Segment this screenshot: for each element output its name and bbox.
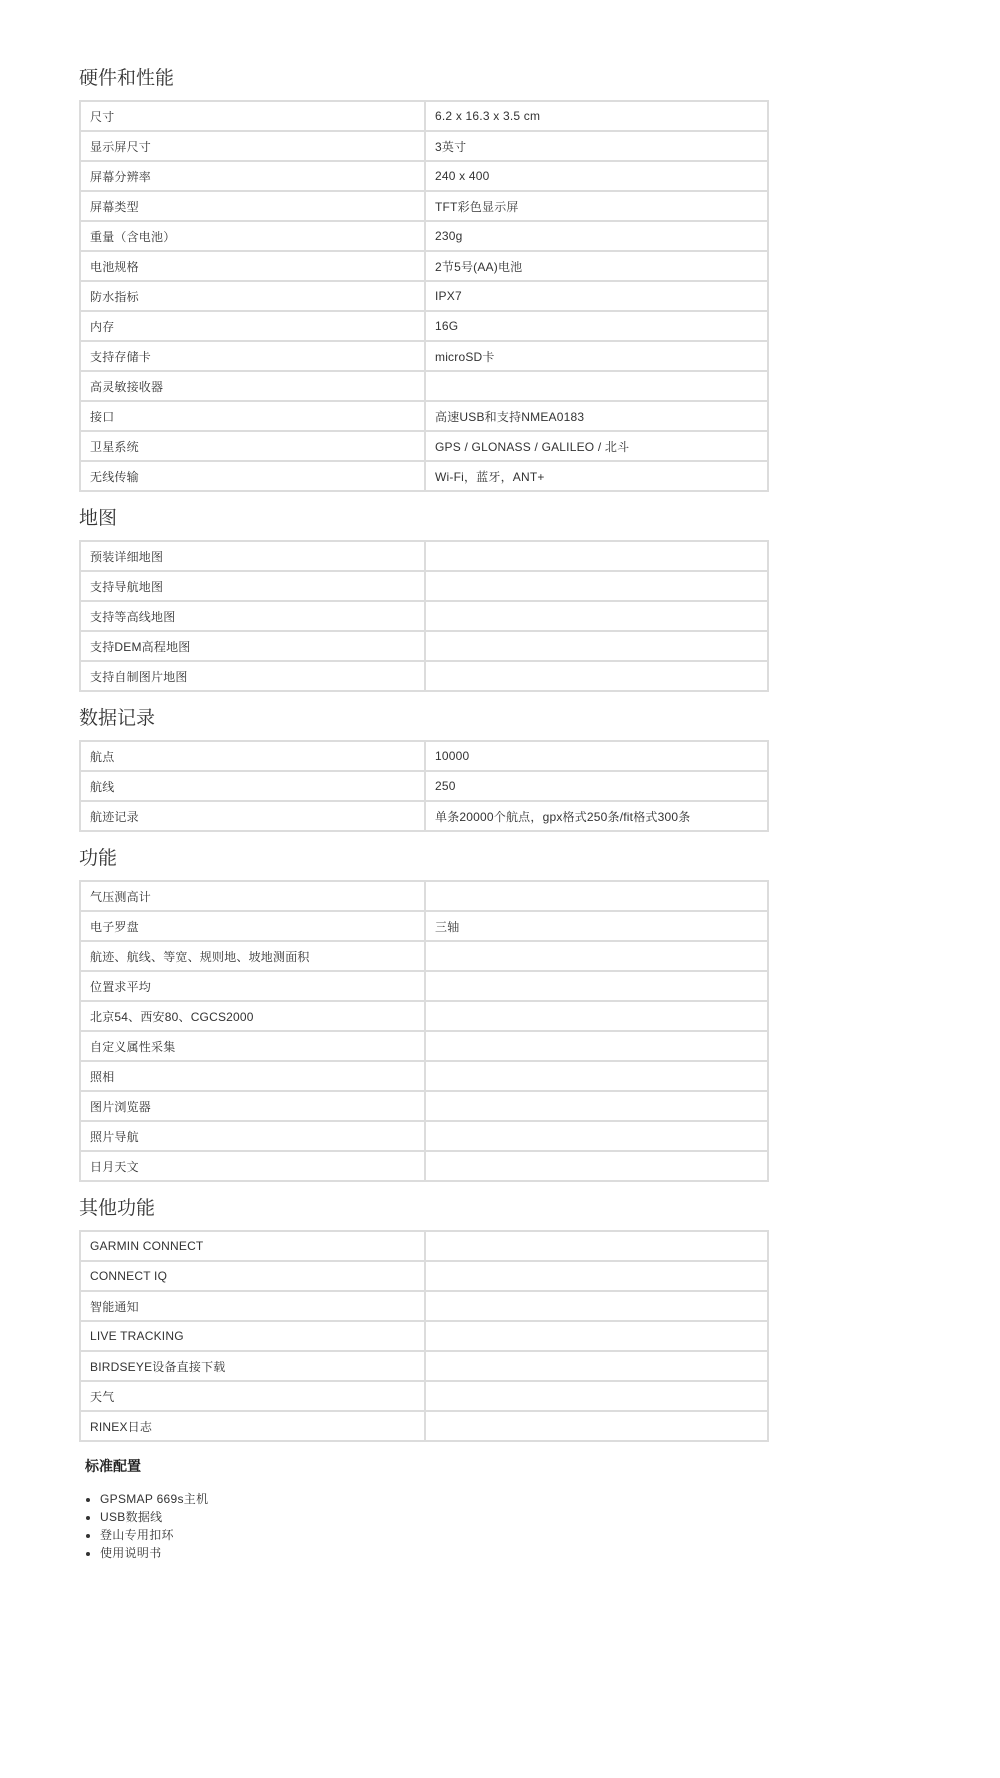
spec-value — [425, 941, 768, 971]
spec-value — [425, 1291, 768, 1321]
table-row: 预装详细地图 — [80, 541, 768, 571]
table-row: 自定义属性采集 — [80, 1031, 768, 1061]
spec-label: 自定义属性采集 — [80, 1031, 425, 1061]
table-row: GARMIN CONNECT — [80, 1231, 768, 1261]
section-hardware: 硬件和性能 尺寸6.2 x 16.3 x 3.5 cm 显示屏尺寸3英寸 屏幕分… — [79, 66, 769, 492]
config-title: 标准配置 — [85, 1456, 769, 1476]
spec-value: microSD卡 — [425, 341, 768, 371]
table-row: 电子罗盘三轴 — [80, 911, 768, 941]
spec-value: 2节5号(AA)电池 — [425, 251, 768, 281]
spec-label: 北京54、西安80、CGCS2000 — [80, 1001, 425, 1031]
spec-label: 高灵敏接收器 — [80, 371, 425, 401]
section-title: 功能 — [79, 846, 769, 872]
table-row: 照片导航 — [80, 1121, 768, 1151]
spec-label: 支持等高线地图 — [80, 601, 425, 631]
section-features: 功能 气压测高计 电子罗盘三轴 航迹、航线、等宽、规则地、坡地测面积 位置求平均… — [79, 846, 769, 1182]
spec-value — [425, 1031, 768, 1061]
spec-value — [425, 1231, 768, 1261]
spec-value — [425, 1121, 768, 1151]
spec-label: 位置求平均 — [80, 971, 425, 1001]
section-title: 数据记录 — [79, 706, 769, 732]
spec-value — [425, 1351, 768, 1381]
list-item: 使用说明书 — [100, 1544, 769, 1562]
table-row: 航点10000 — [80, 741, 768, 771]
spec-label: 接口 — [80, 401, 425, 431]
list-item: GPSMAP 669s主机 — [100, 1490, 769, 1508]
table-row: 航迹、航线、等宽、规则地、坡地测面积 — [80, 941, 768, 971]
spec-value — [425, 881, 768, 911]
spec-label: 航迹记录 — [80, 801, 425, 831]
spec-label: 天气 — [80, 1381, 425, 1411]
table-row: 高灵敏接收器 — [80, 371, 768, 401]
spec-value: 6.2 x 16.3 x 3.5 cm — [425, 101, 768, 131]
table-row: 屏幕分辨率240 x 400 — [80, 161, 768, 191]
table-row: 显示屏尺寸3英寸 — [80, 131, 768, 161]
spec-value: GPS / GLONASS / GALILEO / 北斗 — [425, 431, 768, 461]
table-row: RINEX日志 — [80, 1411, 768, 1441]
spec-label: 电子罗盘 — [80, 911, 425, 941]
table-row: 支持DEM高程地图 — [80, 631, 768, 661]
table-row: 内存16G — [80, 311, 768, 341]
spec-label: 气压测高计 — [80, 881, 425, 911]
spec-label: 屏幕类型 — [80, 191, 425, 221]
table-row: 位置求平均 — [80, 971, 768, 1001]
spec-value — [425, 541, 768, 571]
table-row: 支持等高线地图 — [80, 601, 768, 631]
spec-value: 240 x 400 — [425, 161, 768, 191]
spec-value: 230g — [425, 221, 768, 251]
spec-table: 尺寸6.2 x 16.3 x 3.5 cm 显示屏尺寸3英寸 屏幕分辨率240 … — [79, 100, 769, 492]
spec-value — [425, 371, 768, 401]
section-title: 硬件和性能 — [79, 66, 769, 92]
table-row: LIVE TRACKING — [80, 1321, 768, 1351]
spec-value: 10000 — [425, 741, 768, 771]
spec-label: 航点 — [80, 741, 425, 771]
spec-value — [425, 661, 768, 691]
table-row: 支持存储卡microSD卡 — [80, 341, 768, 371]
spec-label: 重量（含电池） — [80, 221, 425, 251]
spec-value — [425, 601, 768, 631]
spec-table: 预装详细地图 支持导航地图 支持等高线地图 支持DEM高程地图 支持自制图片地图 — [79, 540, 769, 692]
table-row: 屏幕类型TFT彩色显示屏 — [80, 191, 768, 221]
table-row: CONNECT IQ — [80, 1261, 768, 1291]
spec-label: 支持DEM高程地图 — [80, 631, 425, 661]
spec-value: 三轴 — [425, 911, 768, 941]
table-row: 智能通知 — [80, 1291, 768, 1321]
spec-value: 单条20000个航点，gpx格式250条/fit格式300条 — [425, 801, 768, 831]
table-row: 北京54、西安80、CGCS2000 — [80, 1001, 768, 1031]
spec-label: 支持导航地图 — [80, 571, 425, 601]
spec-value — [425, 1061, 768, 1091]
spec-value — [425, 1321, 768, 1351]
table-row: 航线250 — [80, 771, 768, 801]
spec-label: 航迹、航线、等宽、规则地、坡地测面积 — [80, 941, 425, 971]
spec-value: Wi-Fi，蓝牙，ANT+ — [425, 461, 768, 491]
spec-label: RINEX日志 — [80, 1411, 425, 1441]
spec-value — [425, 1091, 768, 1121]
spec-value — [425, 971, 768, 1001]
spec-value: 250 — [425, 771, 768, 801]
spec-label: 屏幕分辨率 — [80, 161, 425, 191]
spec-label: 显示屏尺寸 — [80, 131, 425, 161]
spec-value — [425, 571, 768, 601]
spec-label: 智能通知 — [80, 1291, 425, 1321]
table-row: 照相 — [80, 1061, 768, 1091]
table-row: 卫星系统GPS / GLONASS / GALILEO / 北斗 — [80, 431, 768, 461]
table-row: 支持自制图片地图 — [80, 661, 768, 691]
config-list: GPSMAP 669s主机 USB数据线 登山专用扣环 使用说明书 — [85, 1490, 769, 1562]
spec-label: 照相 — [80, 1061, 425, 1091]
spec-label: 内存 — [80, 311, 425, 341]
spec-value — [425, 631, 768, 661]
spec-label: BIRDSEYE设备直接下载 — [80, 1351, 425, 1381]
table-row: 尺寸6.2 x 16.3 x 3.5 cm — [80, 101, 768, 131]
spec-label: CONNECT IQ — [80, 1261, 425, 1291]
table-row: 图片浏览器 — [80, 1091, 768, 1121]
table-row: 气压测高计 — [80, 881, 768, 911]
spec-label: 防水指标 — [80, 281, 425, 311]
table-row: 电池规格2节5号(AA)电池 — [80, 251, 768, 281]
spec-value — [425, 1151, 768, 1181]
table-row: 天气 — [80, 1381, 768, 1411]
table-row: 无线传输Wi-Fi，蓝牙，ANT+ — [80, 461, 768, 491]
spec-value: TFT彩色显示屏 — [425, 191, 768, 221]
spec-table: 气压测高计 电子罗盘三轴 航迹、航线、等宽、规则地、坡地测面积 位置求平均 北京… — [79, 880, 769, 1182]
table-row: 接口高速USB和支持NMEA0183 — [80, 401, 768, 431]
table-row: BIRDSEYE设备直接下载 — [80, 1351, 768, 1381]
spec-value: IPX7 — [425, 281, 768, 311]
spec-label: GARMIN CONNECT — [80, 1231, 425, 1261]
spec-value — [425, 1001, 768, 1031]
section-data-logging: 数据记录 航点10000 航线250 航迹记录单条20000个航点，gpx格式2… — [79, 706, 769, 832]
section-other-features: 其他功能 GARMIN CONNECT CONNECT IQ 智能通知 LIVE… — [79, 1196, 769, 1442]
list-item: 登山专用扣环 — [100, 1526, 769, 1544]
spec-label: 航线 — [80, 771, 425, 801]
table-row: 日月天文 — [80, 1151, 768, 1181]
spec-value — [425, 1411, 768, 1441]
spec-label: 照片导航 — [80, 1121, 425, 1151]
spec-table: GARMIN CONNECT CONNECT IQ 智能通知 LIVE TRAC… — [79, 1230, 769, 1442]
section-title: 地图 — [79, 506, 769, 532]
section-maps: 地图 预装详细地图 支持导航地图 支持等高线地图 支持DEM高程地图 支持自制图… — [79, 506, 769, 692]
section-title: 其他功能 — [79, 1196, 769, 1222]
table-row: 防水指标IPX7 — [80, 281, 768, 311]
list-item: USB数据线 — [100, 1508, 769, 1526]
spec-label: 尺寸 — [80, 101, 425, 131]
spec-value: 16G — [425, 311, 768, 341]
spec-label: 预装详细地图 — [80, 541, 425, 571]
spec-table: 航点10000 航线250 航迹记录单条20000个航点，gpx格式250条/f… — [79, 740, 769, 832]
spec-value: 高速USB和支持NMEA0183 — [425, 401, 768, 431]
spec-label: LIVE TRACKING — [80, 1321, 425, 1351]
spec-label: 支持自制图片地图 — [80, 661, 425, 691]
spec-label: 图片浏览器 — [80, 1091, 425, 1121]
spec-label: 无线传输 — [80, 461, 425, 491]
spec-label: 支持存储卡 — [80, 341, 425, 371]
spec-value: 3英寸 — [425, 131, 768, 161]
table-row: 支持导航地图 — [80, 571, 768, 601]
table-row: 航迹记录单条20000个航点，gpx格式250条/fit格式300条 — [80, 801, 768, 831]
spec-label: 日月天文 — [80, 1151, 425, 1181]
spec-value — [425, 1261, 768, 1291]
spec-label: 卫星系统 — [80, 431, 425, 461]
spec-value — [425, 1381, 768, 1411]
table-row: 重量（含电池）230g — [80, 221, 768, 251]
spec-page: 硬件和性能 尺寸6.2 x 16.3 x 3.5 cm 显示屏尺寸3英寸 屏幕分… — [79, 66, 769, 1562]
standard-config: 标准配置 GPSMAP 669s主机 USB数据线 登山专用扣环 使用说明书 — [79, 1456, 769, 1562]
spec-label: 电池规格 — [80, 251, 425, 281]
